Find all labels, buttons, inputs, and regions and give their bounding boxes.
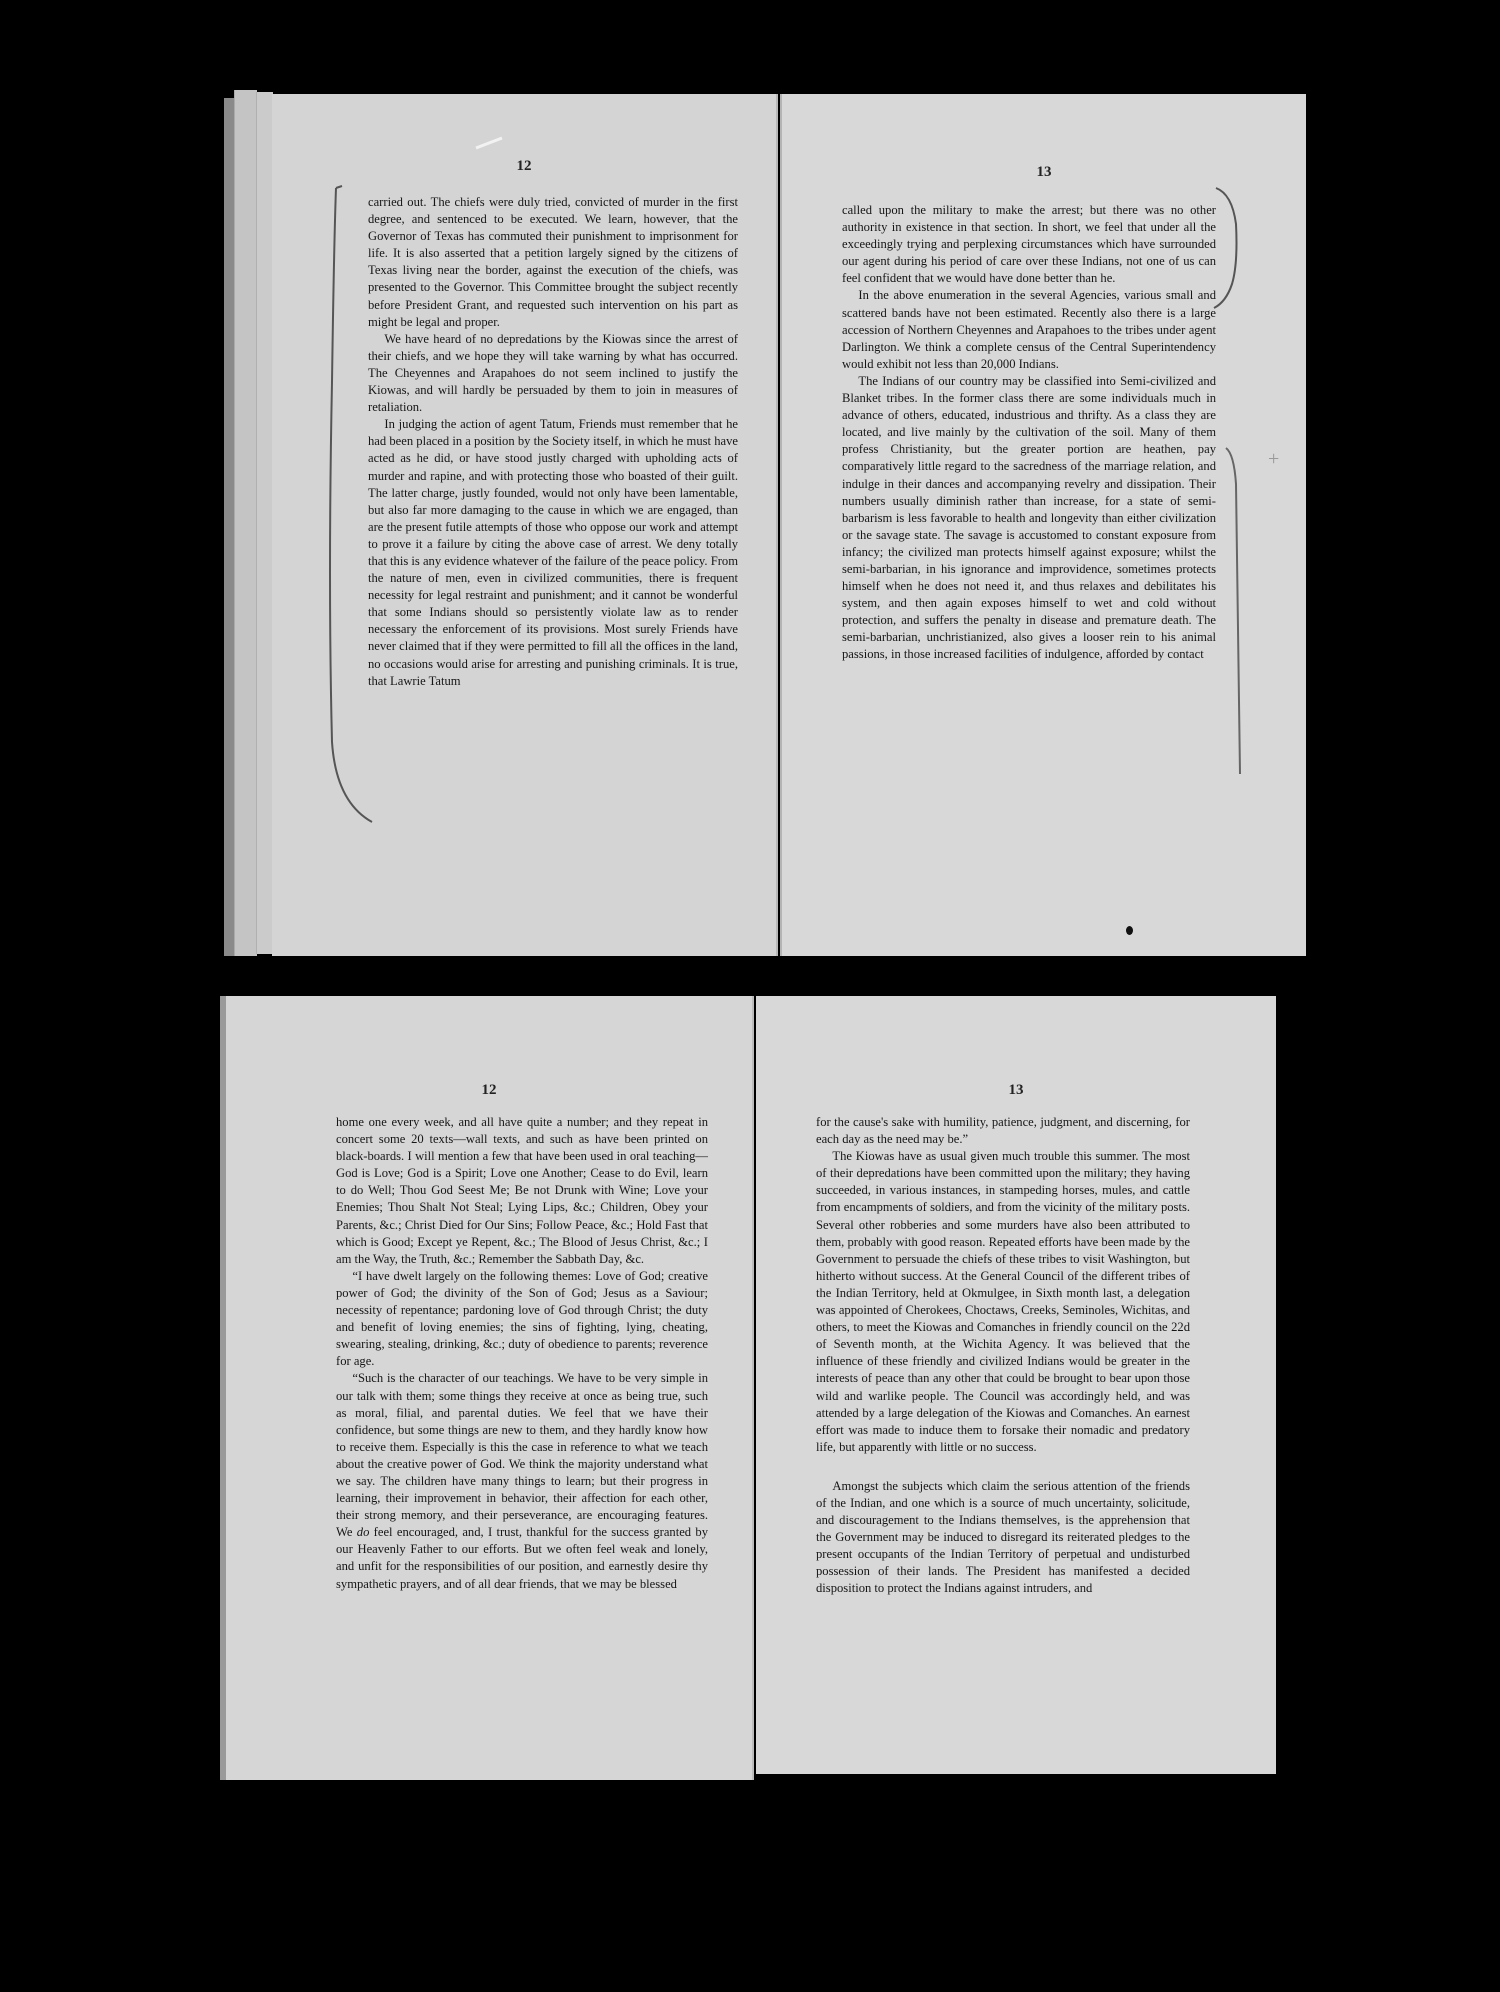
paragraph: The Kiowas have as usual given much trou… [816, 1148, 1190, 1456]
page-right-top: 13 called upon the military to make the … [780, 94, 1306, 956]
pencil-parenthesis-icon [1222, 444, 1262, 784]
paragraph: “Such is the character of our teachings.… [336, 1370, 708, 1592]
page-number: 13 [782, 164, 1306, 181]
paragraph: “I have dwelt largely on the following t… [336, 1268, 708, 1371]
page-number: 12 [272, 158, 776, 175]
body-text: called upon the military to make the arr… [842, 202, 1216, 664]
paragraph: home one every week, and all have quite … [336, 1114, 708, 1268]
page-edge-stack [224, 98, 234, 956]
page-right-bottom: 13 for the cause's sake with humility, p… [756, 996, 1276, 1774]
paragraph: for the cause's sake with humility, pati… [816, 1114, 1190, 1148]
page-left-top: 12 carried out. The chiefs were duly tri… [272, 94, 778, 956]
paragraph: In the above enumeration in the several … [842, 287, 1216, 372]
body-text: for the cause's sake with humility, pati… [816, 1114, 1190, 1598]
margin-plus-mark: + [1268, 448, 1279, 471]
body-text: home one every week, and all have quite … [336, 1114, 708, 1593]
page-number: 13 [756, 1082, 1276, 1099]
page-edge-stack [256, 92, 273, 954]
page-edge-stack [234, 90, 257, 956]
page-left-bottom: 12 home one every week, and all have qui… [226, 996, 754, 1780]
paragraph: carried out. The chiefs were duly tried,… [368, 194, 738, 331]
ink-dot [1126, 926, 1133, 935]
body-text: carried out. The chiefs were duly tried,… [368, 194, 738, 690]
paragraph: called upon the military to make the arr… [842, 202, 1216, 287]
pencil-stroke-icon [472, 134, 512, 154]
paragraph: In judging the action of agent Tatum, Fr… [368, 416, 738, 690]
paragraph: We have heard of no depredations by the … [368, 331, 738, 416]
page-number: 12 [226, 1082, 752, 1099]
pencil-parenthesis-icon [1212, 184, 1262, 314]
paragraph: The Indians of our country may be classi… [842, 373, 1216, 664]
paragraph: Amongst the subjects which claim the ser… [816, 1478, 1190, 1598]
